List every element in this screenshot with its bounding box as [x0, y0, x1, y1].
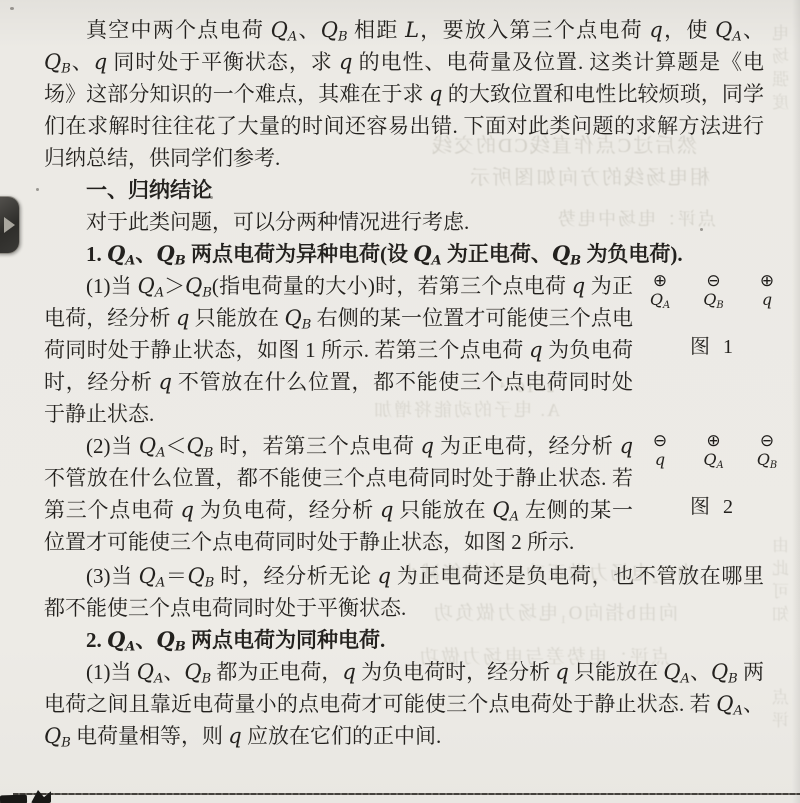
- charge-positive-q: ⊕ q: [754, 272, 780, 311]
- minus-charge-icon: ⊖: [706, 272, 720, 290]
- figure-2-caption: 图 2: [645, 491, 782, 523]
- bleedthrough-text: 电场强度: [770, 24, 795, 164]
- plus-charge-icon: ⊕: [706, 432, 720, 450]
- figure-1: ⊕ QA ⊖ QB ⊕ q 图 1: [645, 272, 782, 400]
- charge-label: q: [655, 450, 665, 471]
- plus-charge-icon: ⊕: [760, 272, 774, 290]
- charge-label: QA: [650, 290, 670, 311]
- item1-case1-block: ⊕ QA ⊖ QB ⊕ q 图 1 (1)当 QA＞QB(指电荷量的大小)时，若…: [44, 270, 764, 430]
- scan-speck: [36, 188, 39, 191]
- scanned-page: 真空中两个点电荷 QA、QB 相距 L，要放入第三个点电荷 q，使 QA、QB、…: [0, 0, 800, 803]
- charge-label: QB: [703, 290, 723, 311]
- charge-negative-QB: ⊖ QB: [701, 272, 727, 311]
- charge-label: QB: [757, 450, 777, 471]
- minus-charge-icon: ⊖: [653, 432, 667, 450]
- charge-label: q: [762, 290, 772, 311]
- figure-2: ⊖ q ⊕ QA ⊖ QB 图 2: [645, 432, 782, 560]
- plus-charge-icon: ⊕: [653, 272, 667, 290]
- minus-charge-icon: ⊖: [760, 432, 774, 450]
- charge-positive-QA: ⊕ QA: [701, 432, 727, 471]
- intro-paragraph: 真空中两个点电荷 QA、QB 相距 L，要放入第三个点电荷 q，使 QA、QB、…: [44, 14, 764, 174]
- page-bottom-rule: [13, 793, 800, 795]
- item2-heading: 2. QA、QB 两点电荷为同种电荷.: [44, 624, 764, 656]
- item1-case2-block: ⊖ q ⊕ QA ⊖ QB 图 2 (2)当 QA＜QB 时，若第三个点电荷 q…: [44, 430, 764, 560]
- page-nav-handle[interactable]: [0, 196, 20, 254]
- lead-paragraph: 对于此类问题，可以分两种情况进行考虑.: [44, 206, 764, 238]
- charge-positive-QA: ⊕ QA: [647, 272, 673, 311]
- scan-speck: [10, 7, 14, 10]
- item1-heading: 1. QA、QB 两点电荷为异种电荷(设 QA 为正电荷、QB 为负电荷).: [44, 238, 764, 270]
- charge-negative-q: ⊖ q: [647, 432, 673, 471]
- figure-1-charges: ⊕ QA ⊖ QB ⊕ q: [645, 272, 782, 311]
- section-heading: 一、归纳结论: [44, 174, 764, 206]
- cutoff-print-mark: [0, 795, 27, 803]
- figure-1-caption: 图 1: [645, 331, 782, 363]
- charge-label: QA: [703, 450, 723, 471]
- item2-case1-paragraph: (1)当 QA、QB 都为正电荷，q 为负电荷时，经分析 q 只能放在 QA、Q…: [44, 656, 764, 752]
- right-triangle-icon: [4, 217, 15, 233]
- item1-case3-paragraph: (3)当 QA＝QB 时，经分析无论 q 为正电荷还是负电荷，也不管放在哪里都不…: [44, 560, 764, 624]
- scan-speck: [700, 228, 703, 231]
- charge-negative-QB: ⊖ QB: [754, 432, 780, 471]
- cutoff-print-mark: [31, 790, 51, 803]
- page-content: 真空中两个点电荷 QA、QB 相距 L，要放入第三个点电荷 q，使 QA、QB、…: [44, 14, 764, 752]
- figure-2-charges: ⊖ q ⊕ QA ⊖ QB: [645, 432, 782, 471]
- bleedthrough-text: 点评: [770, 688, 795, 768]
- scan-speck: [210, 196, 213, 199]
